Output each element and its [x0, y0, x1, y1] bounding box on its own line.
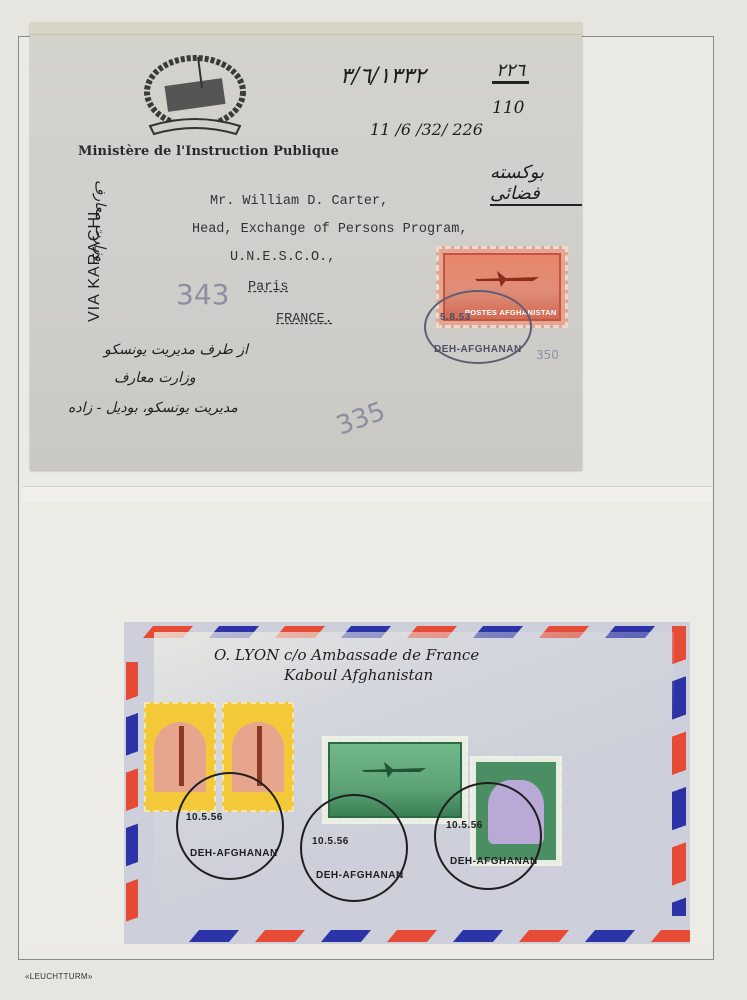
letterhead-title: Ministère de l'Instruction Publique	[78, 144, 339, 159]
postmark-date: 5.8.53	[440, 312, 471, 323]
postmark-3	[434, 782, 542, 890]
address-line-1: Mr. William D. Carter,	[210, 194, 388, 209]
pencil-note: 343	[176, 278, 229, 311]
address-line-3: U.N.E.S.C.O.,	[230, 250, 335, 265]
postmark-1-place: DEH-AFGHANAN	[190, 848, 278, 859]
postmark-3-place: DEH-AFGHANAN	[450, 856, 538, 867]
handwritten-fraction-numerator: ٢٢٦	[492, 60, 529, 84]
address-line-4: Paris	[248, 280, 289, 295]
sender-line-2: وزارت معارف	[114, 370, 196, 386]
airmail-border-bottom	[194, 930, 690, 942]
postmark-2	[300, 794, 408, 902]
handwritten-date: 11 /6 /32/ 226	[370, 120, 483, 139]
airmail-border-left	[126, 662, 138, 922]
album-brand: «LEUCHTTURM»	[25, 972, 93, 981]
airplane-icon	[473, 269, 543, 289]
sender-address-line-1: O. LYON c/o Ambassade de France	[214, 646, 479, 664]
handwritten-reference: ٣/٦/١٣٣٢	[340, 64, 426, 89]
airmail-border-right	[672, 626, 686, 916]
ministry-emblem-icon	[140, 52, 250, 140]
handwritten-arabic-note: بوکسته فضائی	[490, 162, 582, 206]
address-line-5: FRANCE.	[276, 312, 333, 327]
pencil-note-2: 335	[332, 396, 389, 441]
postmark-1-date: 10.5.56	[186, 812, 223, 823]
postmark-place: DEH-AFGHANAN	[434, 344, 522, 355]
envelope-flap	[30, 22, 582, 35]
postmark-3-date: 10.5.56	[446, 820, 483, 831]
envelope-airmail-cover: O. LYON c/o Ambassade de France Kaboul A…	[124, 622, 690, 944]
postmark-1	[176, 772, 284, 880]
pencil-price: 350	[536, 348, 559, 362]
sender-line-1: از طرف مدیریت یونسکو	[104, 342, 248, 358]
handwritten-side-note: وزارت معارف	[92, 180, 108, 262]
sender-line-3: مدیریت یونسکو، بودیل - زاده	[68, 400, 238, 416]
postmark-2-date: 10.5.56	[312, 836, 349, 847]
airplane-icon	[360, 760, 430, 780]
handwritten-fraction-denominator: 110	[492, 98, 524, 118]
sender-address-line-2: Kaboul Afghanistan	[284, 666, 433, 684]
address-line-2: Head, Exchange of Persons Program,	[192, 222, 467, 237]
postmark-2-place: DEH-AFGHANAN	[316, 870, 404, 881]
